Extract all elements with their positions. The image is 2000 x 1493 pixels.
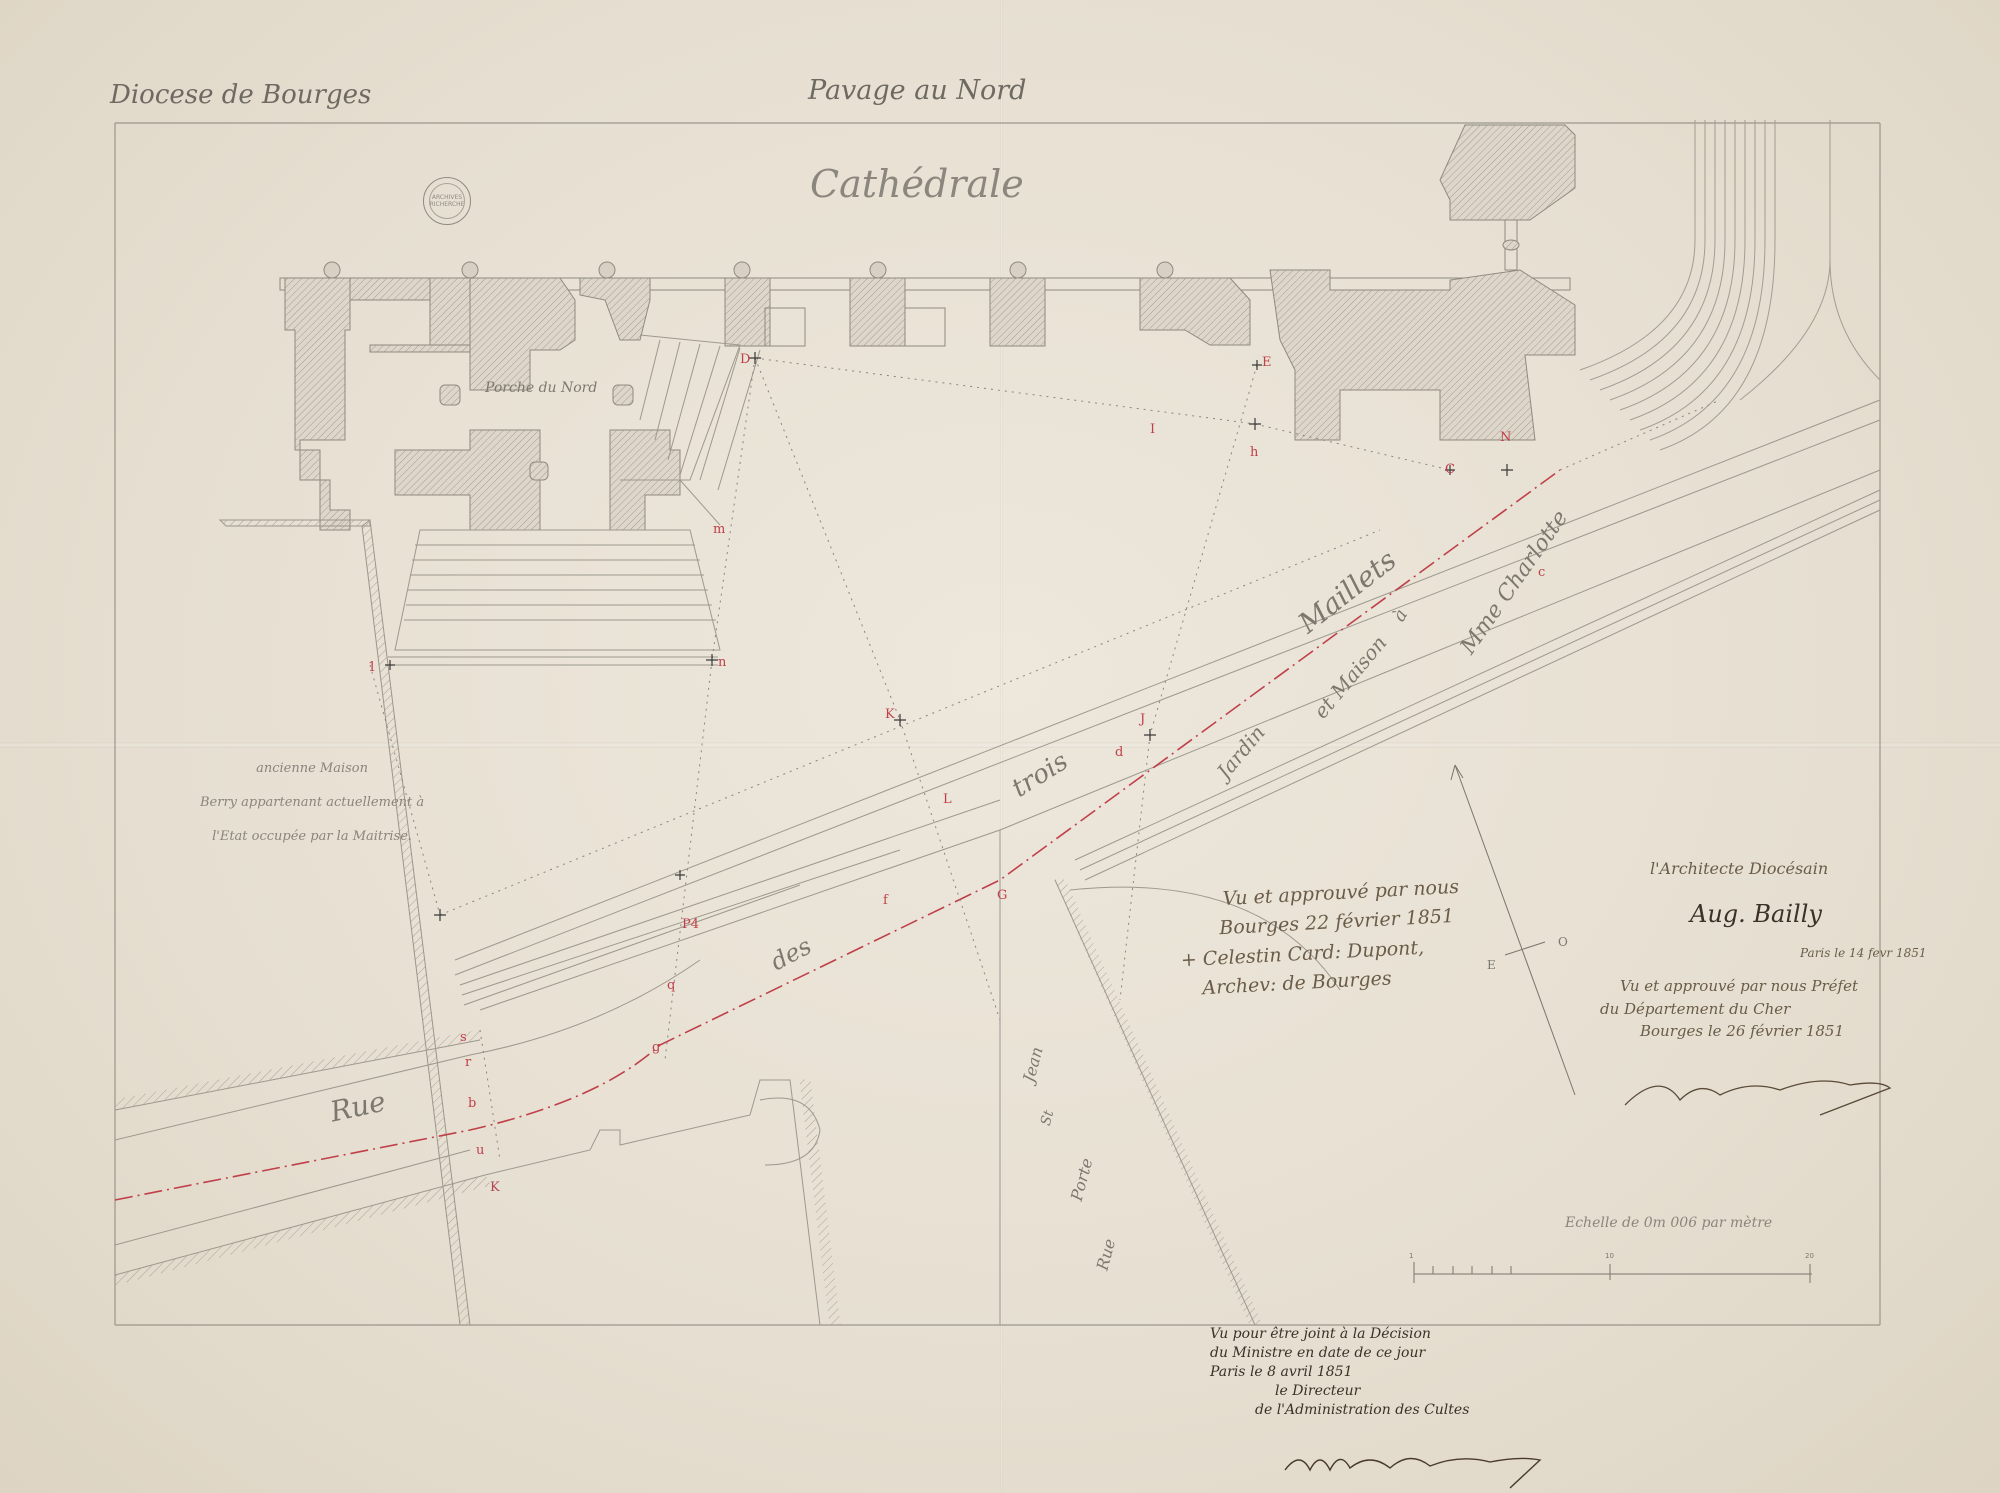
architect-date: Paris le 14 fevr 1851 [1800, 945, 1927, 961]
survey-point-1: 1 [368, 660, 376, 675]
side-note-line: l'Etat occupée par la Maitrise. [200, 820, 424, 854]
survey-point-D: D [740, 352, 750, 367]
survey-point-n: n [718, 655, 726, 670]
side-note-line: Berry appartenant actuellement à [200, 786, 424, 820]
survey-point-L: L [943, 792, 952, 807]
survey-point-markers [385, 352, 1513, 921]
minister-approval-line: du Ministre en date de ce jour [1210, 1344, 1469, 1363]
scale-bar [1414, 1262, 1812, 1283]
survey-point-d: d [1115, 745, 1123, 760]
scale-tick-20: 20 [1805, 1252, 1814, 1260]
right-street-curves [1580, 120, 1880, 450]
survey-point-P4: P4 [682, 917, 699, 932]
rue-des-trois-maillets [115, 400, 1880, 1325]
architect-title: l'Architecte Diocésain [1650, 858, 1828, 880]
rue-hatching [115, 880, 1262, 1325]
scale-label: Echelle de 0m 006 par mètre [1565, 1215, 1772, 1231]
maitrise-wall [220, 520, 470, 1325]
survey-point-b: b [468, 1096, 476, 1111]
survey-point-f: f [883, 893, 888, 908]
prefect-signature [1620, 1060, 1920, 1120]
survey-point-r: r [465, 1055, 471, 1070]
survey-point-E: E [1262, 355, 1272, 370]
archive-stamp: ARCHIVES RICHERCHE [423, 177, 471, 225]
cathedral-label: Cathédrale [810, 162, 1024, 206]
survey-point-G: G [997, 888, 1007, 903]
survey-point-I: I [1150, 422, 1155, 437]
side-note-line: ancienne Maison [200, 752, 424, 786]
bishop-approval: Vu et approuvé par nous Bourges 22 févri… [1177, 873, 1464, 1005]
prefect-approval-line: du Département du Cher [1600, 998, 1858, 1021]
prefect-approval-line: Bourges le 26 février 1851 [1600, 1020, 1858, 1043]
architect-signature: Aug. Bailly [1690, 898, 1822, 930]
minister-approval: Vu pour être joint à la Décision du Mini… [1210, 1325, 1469, 1419]
survey-point-g: g [652, 1040, 660, 1055]
prefect-approval: Vu et approuvé par nous Préfet du Départ… [1600, 975, 1858, 1043]
compass-west: O [1558, 935, 1568, 949]
survey-point-m: m [713, 522, 725, 537]
survey-point-q: q [667, 978, 675, 993]
minister-approval-line: de l'Administration des Cultes [1210, 1401, 1469, 1420]
director-signature [1280, 1440, 1580, 1490]
scale-tick-10: 10 [1605, 1252, 1614, 1260]
survey-point-N: N [1500, 430, 1511, 445]
survey-point-c: c [1538, 565, 1545, 580]
survey-point-K: K [885, 707, 895, 722]
stamp-text: ARCHIVES RICHERCHE [424, 194, 470, 208]
compass-east: E [1487, 958, 1496, 972]
porch-label: Porche du Nord [485, 380, 597, 396]
minister-approval-line: Vu pour être joint à la Décision [1210, 1325, 1469, 1344]
diocese-heading: Diocese de Bourges [110, 80, 371, 110]
scale-tick-1: 1 [1409, 1252, 1413, 1260]
survey-point-K-bottom: K [490, 1180, 500, 1195]
meridian-arrow [1451, 765, 1575, 1095]
survey-point-J: J [1140, 712, 1145, 727]
plan-title: Pavage au Nord [808, 75, 1026, 106]
survey-point-s: s [460, 1030, 467, 1045]
prefect-approval-line: Vu et approuvé par nous Préfet [1600, 975, 1858, 998]
survey-point-C: C [1445, 462, 1455, 477]
survey-point-h: h [1250, 445, 1258, 460]
minister-approval-line: Paris le 8 avril 1851 [1210, 1363, 1469, 1382]
minister-approval-line: le Directeur [1210, 1382, 1469, 1401]
side-note-ancienne-maison: ancienne Maison Berry appartenant actuel… [200, 752, 424, 853]
architectural-plan [0, 0, 2000, 1493]
survey-point-u: u [476, 1143, 484, 1158]
